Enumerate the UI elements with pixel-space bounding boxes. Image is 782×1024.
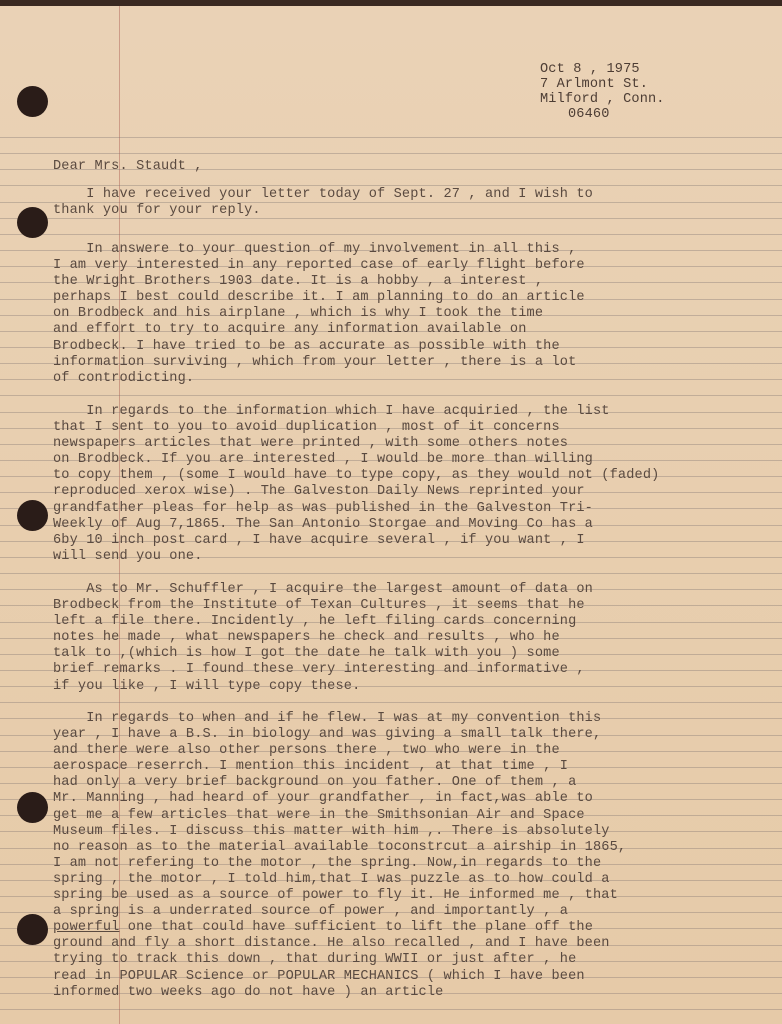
text-line: I am very interested in any reported cas… — [53, 258, 585, 274]
text-line: of controdicting. — [53, 371, 585, 387]
text-line: notes he made , what newspapers he check… — [53, 630, 593, 646]
text-line: Weekly of Aug 7,1865. The San Antonio St… — [53, 517, 659, 533]
text-line: will send you one. — [53, 549, 659, 565]
text-line: spring , the motor , I told him,that I w… — [53, 872, 626, 888]
text-line: In answere to your question of my involv… — [53, 242, 585, 258]
ruled-line — [0, 702, 782, 703]
text-line: In regards to when and if he flew. I was… — [53, 711, 626, 727]
salutation: Dear Mrs. Staudt , — [53, 159, 203, 175]
text-line: had only a very brief background on you … — [53, 775, 626, 791]
text-line: Museum files. I discuss this matter with… — [53, 824, 626, 840]
paragraph: As to Mr. Schuffler , I acquire the larg… — [53, 582, 593, 695]
letter-date: Oct 8 , 1975 — [540, 62, 665, 77]
punch-hole-icon — [17, 792, 48, 823]
address-city: Milford , Conn. — [540, 92, 665, 107]
ruled-line — [0, 153, 782, 154]
ruled-line — [0, 1009, 782, 1010]
text-line: informed two weeks ago do not have ) an … — [53, 985, 626, 1001]
text-line: aerospace reserrch. I mention this incid… — [53, 759, 626, 775]
text-line: talk to ,(which is how I got the date he… — [53, 646, 593, 662]
text-line: I am not refering to the motor , the spr… — [53, 856, 626, 872]
text-line: 6by 10 inch post card , I have acquire s… — [53, 533, 659, 549]
text-line: reproduced xerox wise) . The Galveston D… — [53, 484, 659, 500]
ruled-line — [0, 573, 782, 574]
text-line: In regards to the information which I ha… — [53, 404, 659, 420]
text-line: Mr. Manning , had heard of your grandfat… — [53, 791, 626, 807]
text-line: newspapers articles that were printed , … — [53, 436, 659, 452]
text-line: Brodbeck from the Institute of Texan Cul… — [53, 598, 593, 614]
ruled-line — [0, 137, 782, 138]
address-street: 7 Arlmont St. — [540, 77, 665, 92]
ruled-line — [0, 395, 782, 396]
text-line: ground and fly a short distance. He also… — [53, 936, 626, 952]
text-line: no reason as to the material available t… — [53, 840, 626, 856]
punch-hole-icon — [17, 86, 48, 117]
address-zip: 06460 — [540, 107, 665, 122]
text-line: to copy them , (some I would have to typ… — [53, 468, 659, 484]
text-line: a spring is a underrated source of power… — [53, 904, 626, 920]
ruled-line — [0, 234, 782, 235]
paragraph: I have received your letter today of Sep… — [53, 187, 593, 219]
text-line: trying to track this down , that during … — [53, 952, 626, 968]
letter-page: Oct 8 , 19757 Arlmont St.Milford , Conn.… — [0, 6, 782, 1024]
text-line: get me a few articles that were in the S… — [53, 808, 626, 824]
text-line: the Wright Brothers 1903 date. It is a h… — [53, 274, 585, 290]
text-line: perhaps I best could describe it. I am p… — [53, 290, 585, 306]
text-line: grandfather pleas for help as was publis… — [53, 501, 659, 517]
text-line: year , I have a B.S. in biology and was … — [53, 727, 626, 743]
paragraph: In regards to the information which I ha… — [53, 404, 659, 565]
text-line: on Brodbeck. If you are interested , I w… — [53, 452, 659, 468]
text-line: information surviving , which from your … — [53, 355, 585, 371]
punch-hole-icon — [17, 207, 48, 238]
paragraph: In regards to when and if he flew. I was… — [53, 711, 626, 1001]
text-line: brief remarks . I found these very inter… — [53, 662, 593, 678]
text-line: thank you for your reply. — [53, 203, 593, 219]
punch-hole-icon — [17, 500, 48, 531]
sender-address-block: Oct 8 , 19757 Arlmont St.Milford , Conn.… — [540, 62, 665, 122]
text-line: As to Mr. Schuffler , I acquire the larg… — [53, 582, 593, 598]
text-line: powerful one that could have sufficient … — [53, 920, 626, 936]
text-line: on Brodbeck and his airplane , which is … — [53, 306, 585, 322]
punch-hole-icon — [17, 914, 48, 945]
text-line: and effort to try to acquire any informa… — [53, 322, 585, 338]
text-line: and there were also other persons there … — [53, 743, 626, 759]
paragraph: In answere to your question of my involv… — [53, 242, 585, 387]
text-line: that I sent to you to avoid duplication … — [53, 420, 659, 436]
text-line: if you like , I will type copy these. — [53, 679, 593, 695]
text-line: spring be used as a source of power to f… — [53, 888, 626, 904]
text-line: I have received your letter today of Sep… — [53, 187, 593, 203]
text-line: left a file there. Incidently , he left … — [53, 614, 593, 630]
underlined-word: powerful — [53, 920, 119, 935]
text-line: Brodbeck. I have tried to be as accurate… — [53, 339, 585, 355]
text-line: read in POPULAR Science or POPULAR MECHA… — [53, 969, 626, 985]
